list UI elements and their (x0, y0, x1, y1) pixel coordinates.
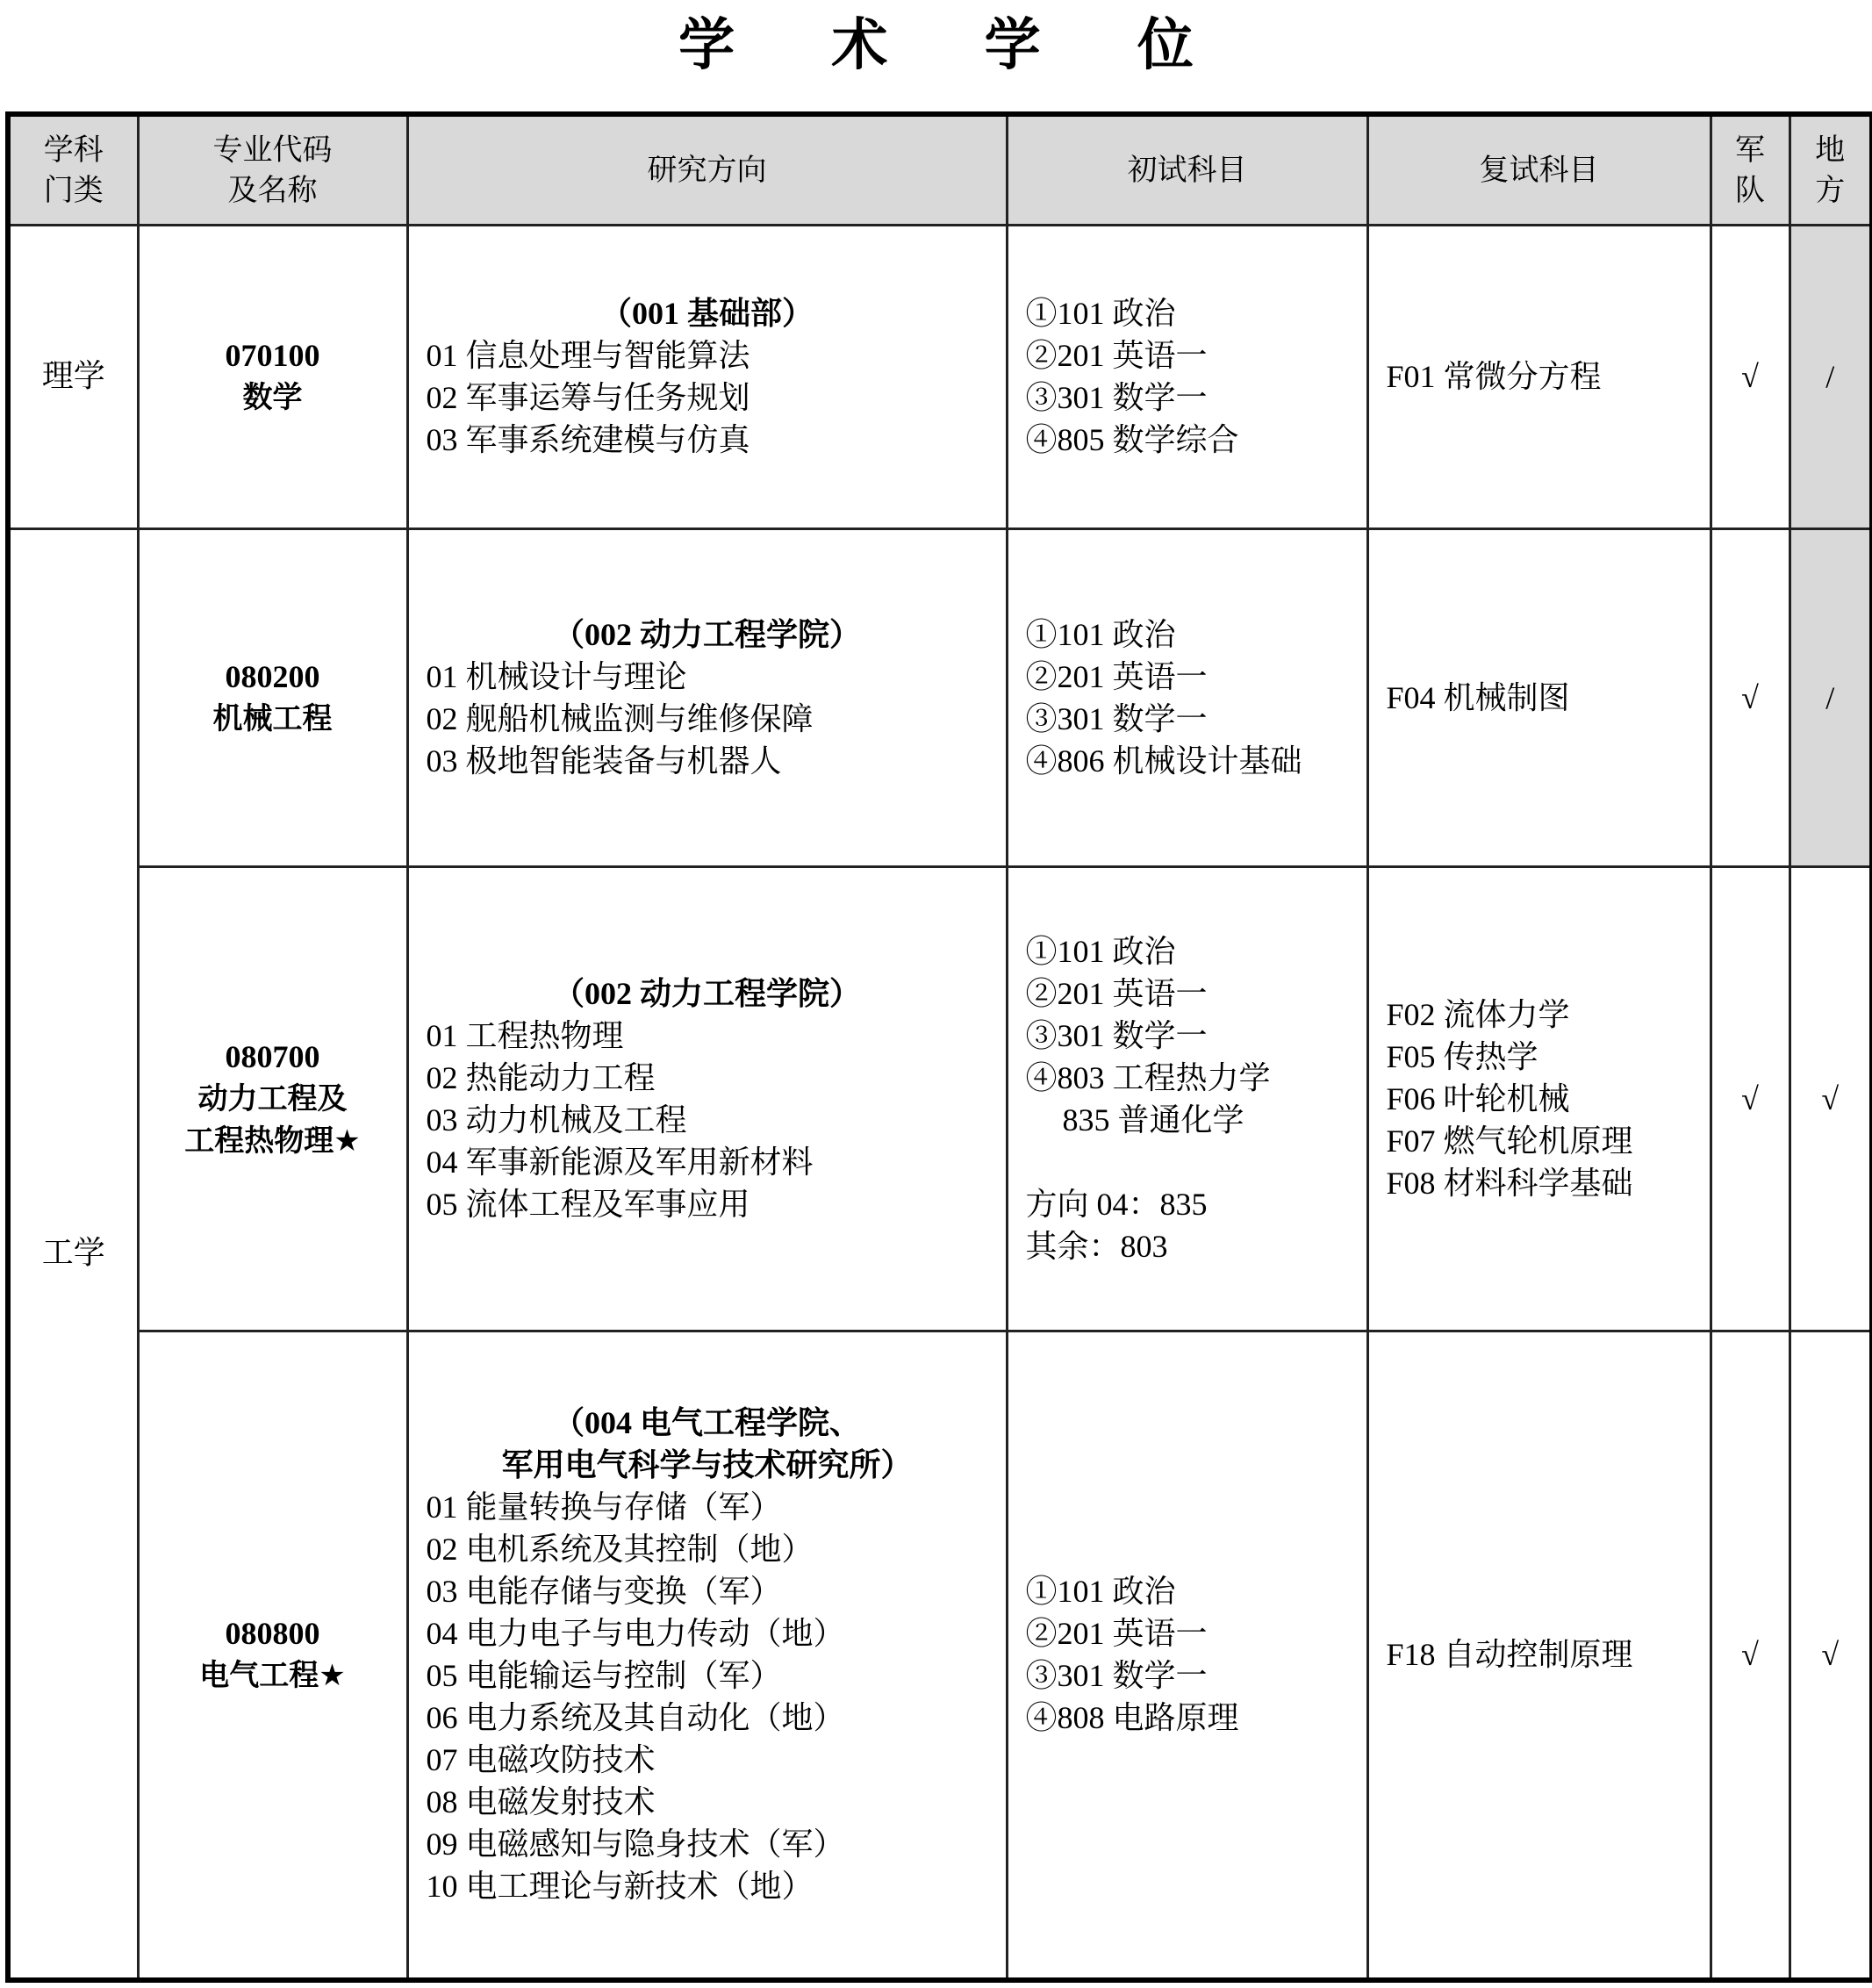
major-code: 070100 (140, 334, 406, 377)
header-direction: 研究方向 (407, 114, 1007, 225)
major-name: 机械工程 (140, 698, 406, 740)
exam-subject: ③301 数学一 (1026, 1654, 1366, 1697)
major-cell: 080700 动力工程及 工程热物理★ (138, 866, 407, 1331)
initial-exam-cell: ①101 政治 ②201 英语一 ③301 数学一 ④806 机械设计基础 (1007, 528, 1367, 866)
initial-exam-cell: ①101 政治 ②201 英语一 ③301 数学一 ④805 数学综合 (1007, 225, 1367, 528)
direction-item: 04 军事新能源及军用新材料 (427, 1141, 1006, 1183)
major-cell: 080200 机械工程 (138, 528, 407, 866)
table-row: 080800 电气工程★ （004 电气工程学院、 军用电气科学与技术研究所） … (8, 1331, 1872, 1980)
exam-note: 其余：803 (1026, 1225, 1366, 1267)
exam-subject: ④808 电路原理 (1026, 1697, 1366, 1739)
direction-cell: （002 动力工程学院） 01 工程热物理 02 热能动力工程 03 动力机械及… (407, 866, 1007, 1331)
retest-cell: F01 常微分方程 (1367, 225, 1711, 528)
major-name: 动力工程及 (140, 1078, 406, 1120)
exam-subject: ③301 数学一 (1026, 698, 1366, 740)
direction-cell: （001 基础部） 01 信息处理与智能算法 02 军事运筹与任务规划 03 军… (407, 225, 1007, 528)
local-not-applicable: / (1790, 225, 1872, 528)
military-check: √ (1711, 866, 1790, 1331)
direction-cell: （004 电气工程学院、 军用电气科学与技术研究所） 01 能量转换与存储（军）… (407, 1331, 1007, 1980)
local-check: √ (1790, 1331, 1872, 1980)
header-military: 军 队 (1711, 114, 1790, 225)
header-retest: 复试科目 (1367, 114, 1711, 225)
direction-item: 04 电力电子与电力传动（地） (427, 1612, 1006, 1654)
direction-item: 01 能量转换与存储（军） (427, 1486, 1006, 1528)
direction-item: 06 电力系统及其自动化（地） (427, 1697, 1006, 1739)
direction-item: 02 电机系统及其控制（地） (427, 1528, 1006, 1570)
major-code: 080700 (140, 1036, 406, 1078)
department-label: （004 电气工程学院、 (427, 1402, 1006, 1444)
exam-subject: ④805 数学综合 (1026, 419, 1366, 461)
initial-exam-cell: ①101 政治 ②201 英语一 ③301 数学一 ④803 工程热力学 835… (1007, 866, 1367, 1331)
exam-subject: ①101 政治 (1026, 930, 1366, 972)
exam-subject: ①101 政治 (1026, 614, 1366, 656)
table-row: 080700 动力工程及 工程热物理★ （002 动力工程学院） 01 工程热物… (8, 866, 1872, 1331)
direction-item: 10 电工理论与新技术（地） (427, 1865, 1006, 1907)
exam-subject: ②201 英语一 (1026, 1612, 1366, 1654)
local-check: √ (1790, 866, 1872, 1331)
exam-subject: ②201 英语一 (1026, 334, 1366, 377)
military-check: √ (1711, 225, 1790, 528)
table-row: 工学 080200 机械工程 （002 动力工程学院） 01 机械设计与理论 0… (8, 528, 1872, 866)
table-row: 理学 070100 数学 （001 基础部） 01 信息处理与智能算法 02 军… (8, 225, 1872, 528)
retest-subject: F08 材料科学基础 (1387, 1162, 1710, 1204)
exam-subject: ②201 英语一 (1026, 656, 1366, 698)
exam-subject: ③301 数学一 (1026, 377, 1366, 419)
exam-subject: ①101 政治 (1026, 292, 1366, 334)
direction-item: 03 动力机械及工程 (427, 1099, 1006, 1141)
exam-subject: ②201 英语一 (1026, 972, 1366, 1015)
retest-cell: F18 自动控制原理 (1367, 1331, 1711, 1980)
header-local: 地 方 (1790, 114, 1872, 225)
header-initial-exam: 初试科目 (1007, 114, 1367, 225)
direction-item: 01 信息处理与智能算法 (427, 334, 1006, 377)
major-code: 080200 (140, 656, 406, 698)
retest-subject: F18 自动控制原理 (1387, 1633, 1710, 1676)
department-label: 军用电气科学与技术研究所） (427, 1444, 1006, 1486)
direction-item: 01 机械设计与理论 (427, 656, 1006, 698)
department-label: （002 动力工程学院） (427, 614, 1006, 656)
major-name: 电气工程★ (140, 1654, 406, 1697)
table-header-row: 学科 门类 专业代码 及名称 研究方向 初试科目 复试科目 军 队 地 方 (8, 114, 1872, 225)
direction-item: 05 电能输运与控制（军） (427, 1654, 1006, 1697)
retest-subject: F06 叶轮机械 (1387, 1078, 1710, 1120)
exam-subject: ④803 工程热力学 (1026, 1057, 1366, 1099)
category-cell: 工学 (8, 528, 138, 1980)
retest-subject: F07 燃气轮机原理 (1387, 1120, 1710, 1162)
exam-subject-alt: 835 普通化学 (1026, 1099, 1366, 1141)
direction-item: 01 工程热物理 (427, 1015, 1006, 1057)
category-cell: 理学 (8, 225, 138, 528)
direction-item: 08 电磁发射技术 (427, 1781, 1006, 1823)
retest-subject: F01 常微分方程 (1387, 355, 1710, 398)
direction-item: 07 电磁攻防技术 (427, 1739, 1006, 1781)
exam-subject: ③301 数学一 (1026, 1015, 1366, 1057)
major-name: 数学 (140, 377, 406, 419)
direction-item: 02 热能动力工程 (427, 1057, 1006, 1099)
exam-subject: ①101 政治 (1026, 1570, 1366, 1612)
direction-item: 02 舰船机械监测与维修保障 (427, 698, 1006, 740)
retest-cell: F04 机械制图 (1367, 528, 1711, 866)
major-cell: 070100 数学 (138, 225, 407, 528)
direction-item: 03 极地智能装备与机器人 (427, 740, 1006, 782)
department-label: （001 基础部） (427, 292, 1006, 334)
department-label: （002 动力工程学院） (427, 972, 1006, 1015)
degree-program-table: 学科 门类 专业代码 及名称 研究方向 初试科目 复试科目 军 队 地 方 理学… (5, 111, 1872, 1983)
header-major: 专业代码 及名称 (138, 114, 407, 225)
direction-item: 03 军事系统建模与仿真 (427, 419, 1006, 461)
retest-cell: F02 流体力学 F05 传热学 F06 叶轮机械 F07 燃气轮机原理 F08… (1367, 866, 1711, 1331)
direction-item: 05 流体工程及军事应用 (427, 1183, 1006, 1225)
exam-note: 方向 04：835 (1026, 1183, 1366, 1225)
initial-exam-cell: ①101 政治 ②201 英语一 ③301 数学一 ④808 电路原理 (1007, 1331, 1367, 1980)
exam-subject: ④806 机械设计基础 (1026, 740, 1366, 782)
military-check: √ (1711, 1331, 1790, 1980)
spacer (1026, 1141, 1366, 1183)
page-title: 学 术 学 位 (0, 9, 1872, 83)
direction-cell: （002 动力工程学院） 01 机械设计与理论 02 舰船机械监测与维修保障 0… (407, 528, 1007, 866)
direction-item: 09 电磁感知与隐身技术（军） (427, 1823, 1006, 1865)
military-check: √ (1711, 528, 1790, 866)
retest-subject: F05 传热学 (1387, 1036, 1710, 1078)
major-code: 080800 (140, 1612, 406, 1654)
direction-item: 02 军事运筹与任务规划 (427, 377, 1006, 419)
direction-item: 03 电能存储与变换（军） (427, 1570, 1006, 1612)
major-name: 工程热物理★ (140, 1120, 406, 1162)
retest-subject: F04 机械制图 (1387, 677, 1710, 719)
local-not-applicable: / (1790, 528, 1872, 866)
major-cell: 080800 电气工程★ (138, 1331, 407, 1980)
retest-subject: F02 流体力学 (1387, 994, 1710, 1036)
header-category: 学科 门类 (8, 114, 138, 225)
